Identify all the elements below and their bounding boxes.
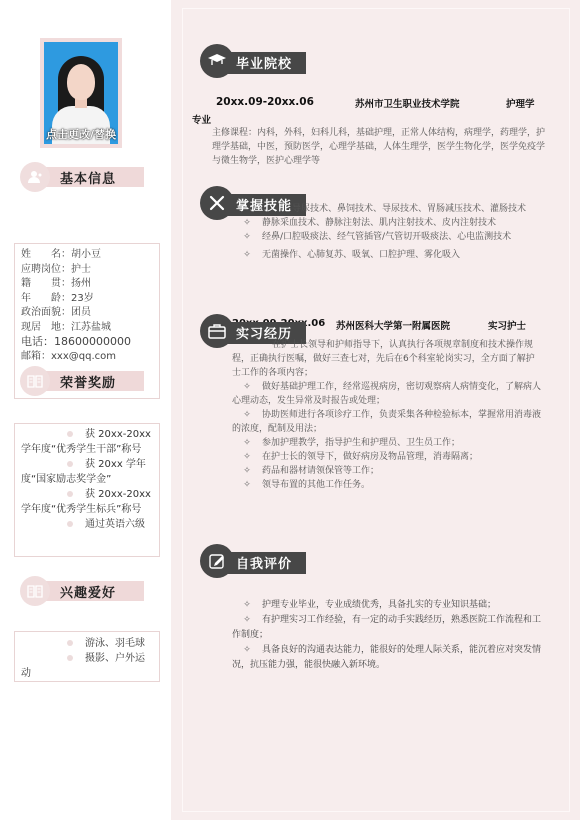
section-basic-info-header: 基本信息 [20, 166, 144, 188]
honors-box: 获 20xx-20xx 学年度“优秀学生干部”称号 获 20xx 学年度“国家励… [14, 423, 160, 557]
info-age: 年 龄：23岁 [15, 292, 159, 307]
skill-item: ✧无菌操作、心肺复苏、吸氧、口腔护理、雾化吸入 [232, 248, 550, 262]
info-position: 应聘岗位：护士 [15, 263, 159, 278]
info-political: 政治面貌：团员 [15, 306, 159, 321]
hobbies-box: 游泳、羽毛球 摄影、户外运动 [14, 631, 160, 682]
hobby-item: 摄影、户外运动 [15, 651, 159, 681]
internship-intro: 在护士长领导和护师指导下，认真执行各项规章制度和技术操作规程，正确执行医嘱，做好… [232, 338, 542, 380]
photo-image[interactable]: 点击更改/替换 [44, 42, 118, 144]
honor-item: 获 20xx-20xx 学年度“优秀学生标兵”称号 [15, 487, 159, 517]
profile-photo[interactable]: 点击更改/替换 [40, 38, 122, 148]
internship-list: 在护士长领导和护师指导下，认真执行各项规章制度和技术操作规程，正确执行医嘱，做好… [232, 338, 542, 492]
education-courses: 主修课程：内科，外科，妇科儿科，基础护理，正常人体结构，病理学，药理学，护理学基… [212, 126, 547, 168]
section-hobbies-header: 兴趣爱好 [20, 580, 144, 602]
honor-item: 获 20xx 学年度“国家励志奖学金” [15, 457, 159, 487]
self-eval-item: ✧护理专业毕业，专业成绩优秀，具备扎实的专业知识基础； [232, 598, 542, 613]
info-email: 邮箱：xxx@qq.com [15, 350, 159, 365]
education-period: 20xx.09-20xx.06 [216, 96, 314, 108]
tools-icon [200, 186, 234, 220]
section-title: 基本信息 [60, 168, 116, 187]
skills-list: 导尿技术、鼻饲技术、导尿技术、胃肠减压技术、灌肠技术 ✧静脉采血技术、静脉注射法… [232, 202, 550, 262]
book-icon [20, 366, 50, 396]
honor-item: 通过英语六级 [15, 517, 159, 532]
info-phone: 电话：18600000000 [15, 335, 159, 350]
section-title: 荣誉奖励 [60, 372, 116, 391]
briefcase-icon [200, 314, 234, 348]
section-title: 毕业院校 [236, 53, 292, 72]
self-eval-item: ✧有护理实习工作经验，有一定的动手实践经历，熟悉医院工作流程和工作制度； [232, 613, 542, 643]
info-hometown: 籍 贯：扬州 [15, 277, 159, 292]
skill-item: ✧经鼻/口腔吸痰法、经气管插管/气管切开吸痰法、心电监测技术 [232, 230, 550, 244]
section-title: 自我评价 [236, 553, 292, 572]
section-title: 兴趣爱好 [60, 582, 116, 601]
education-major-suffix: 专业 [192, 112, 211, 126]
info-name: 姓 名：胡小豆 [15, 248, 159, 263]
book-icon [20, 576, 50, 606]
internship-item: ✧协助医师进行各项诊疗工作，负责采集各种检验标本，掌握常用消毒液的浓度，配制及用… [232, 408, 542, 436]
hobby-item: 游泳、羽毛球 [15, 636, 159, 651]
internship-role: 实习护士 [488, 318, 526, 332]
education-major: 护理学 [506, 96, 535, 110]
internship-item: ✧做好基础护理工作，经常巡视病房，密切观察病人病情变化，了解病人心理动态，发生异… [232, 380, 542, 408]
user-icon [20, 162, 50, 192]
internship-item: ✧领导布置的其他工作任务。 [232, 478, 542, 492]
skill-item: 导尿技术、鼻饲技术、导尿技术、胃肠减压技术、灌肠技术 [232, 202, 550, 216]
internship-hospital: 苏州医科大学第一附属医院 [336, 318, 450, 332]
skill-item: ✧静脉采血技术、静脉注射法、肌内注射技术、皮内注射技术 [232, 216, 550, 230]
section-self-eval-header: 自我评价 [200, 544, 310, 578]
info-residence: 现居 地：江苏盐城 [15, 321, 159, 336]
internship-item: ✧药品和器材请领保管等工作； [232, 464, 542, 478]
internship-item: ✧参加护理教学，指导护生和护理员、卫生员工作； [232, 436, 542, 450]
photo-change-caption[interactable]: 点击更改/替换 [44, 126, 118, 142]
graduation-cap-icon [200, 44, 234, 78]
section-honors-header: 荣誉奖励 [20, 370, 144, 392]
section-education-header: 毕业院校 [200, 44, 310, 78]
education-school: 苏州市卫生职业技术学院 [355, 96, 460, 110]
self-eval-list: ✧护理专业毕业，专业成绩优秀，具备扎实的专业知识基础； ✧有护理实习工作经验，有… [232, 598, 542, 673]
internship-item: ✧在护士长的领导下，做好病房及物品管理，消毒隔离； [232, 450, 542, 464]
self-eval-item: ✧具备良好的沟通表达能力，能很好的处理人际关系，能沉着应对突发情况，抗压能力强，… [232, 643, 542, 673]
edit-icon [200, 544, 234, 578]
honor-item: 获 20xx-20xx 学年度“优秀学生干部”称号 [15, 427, 159, 457]
